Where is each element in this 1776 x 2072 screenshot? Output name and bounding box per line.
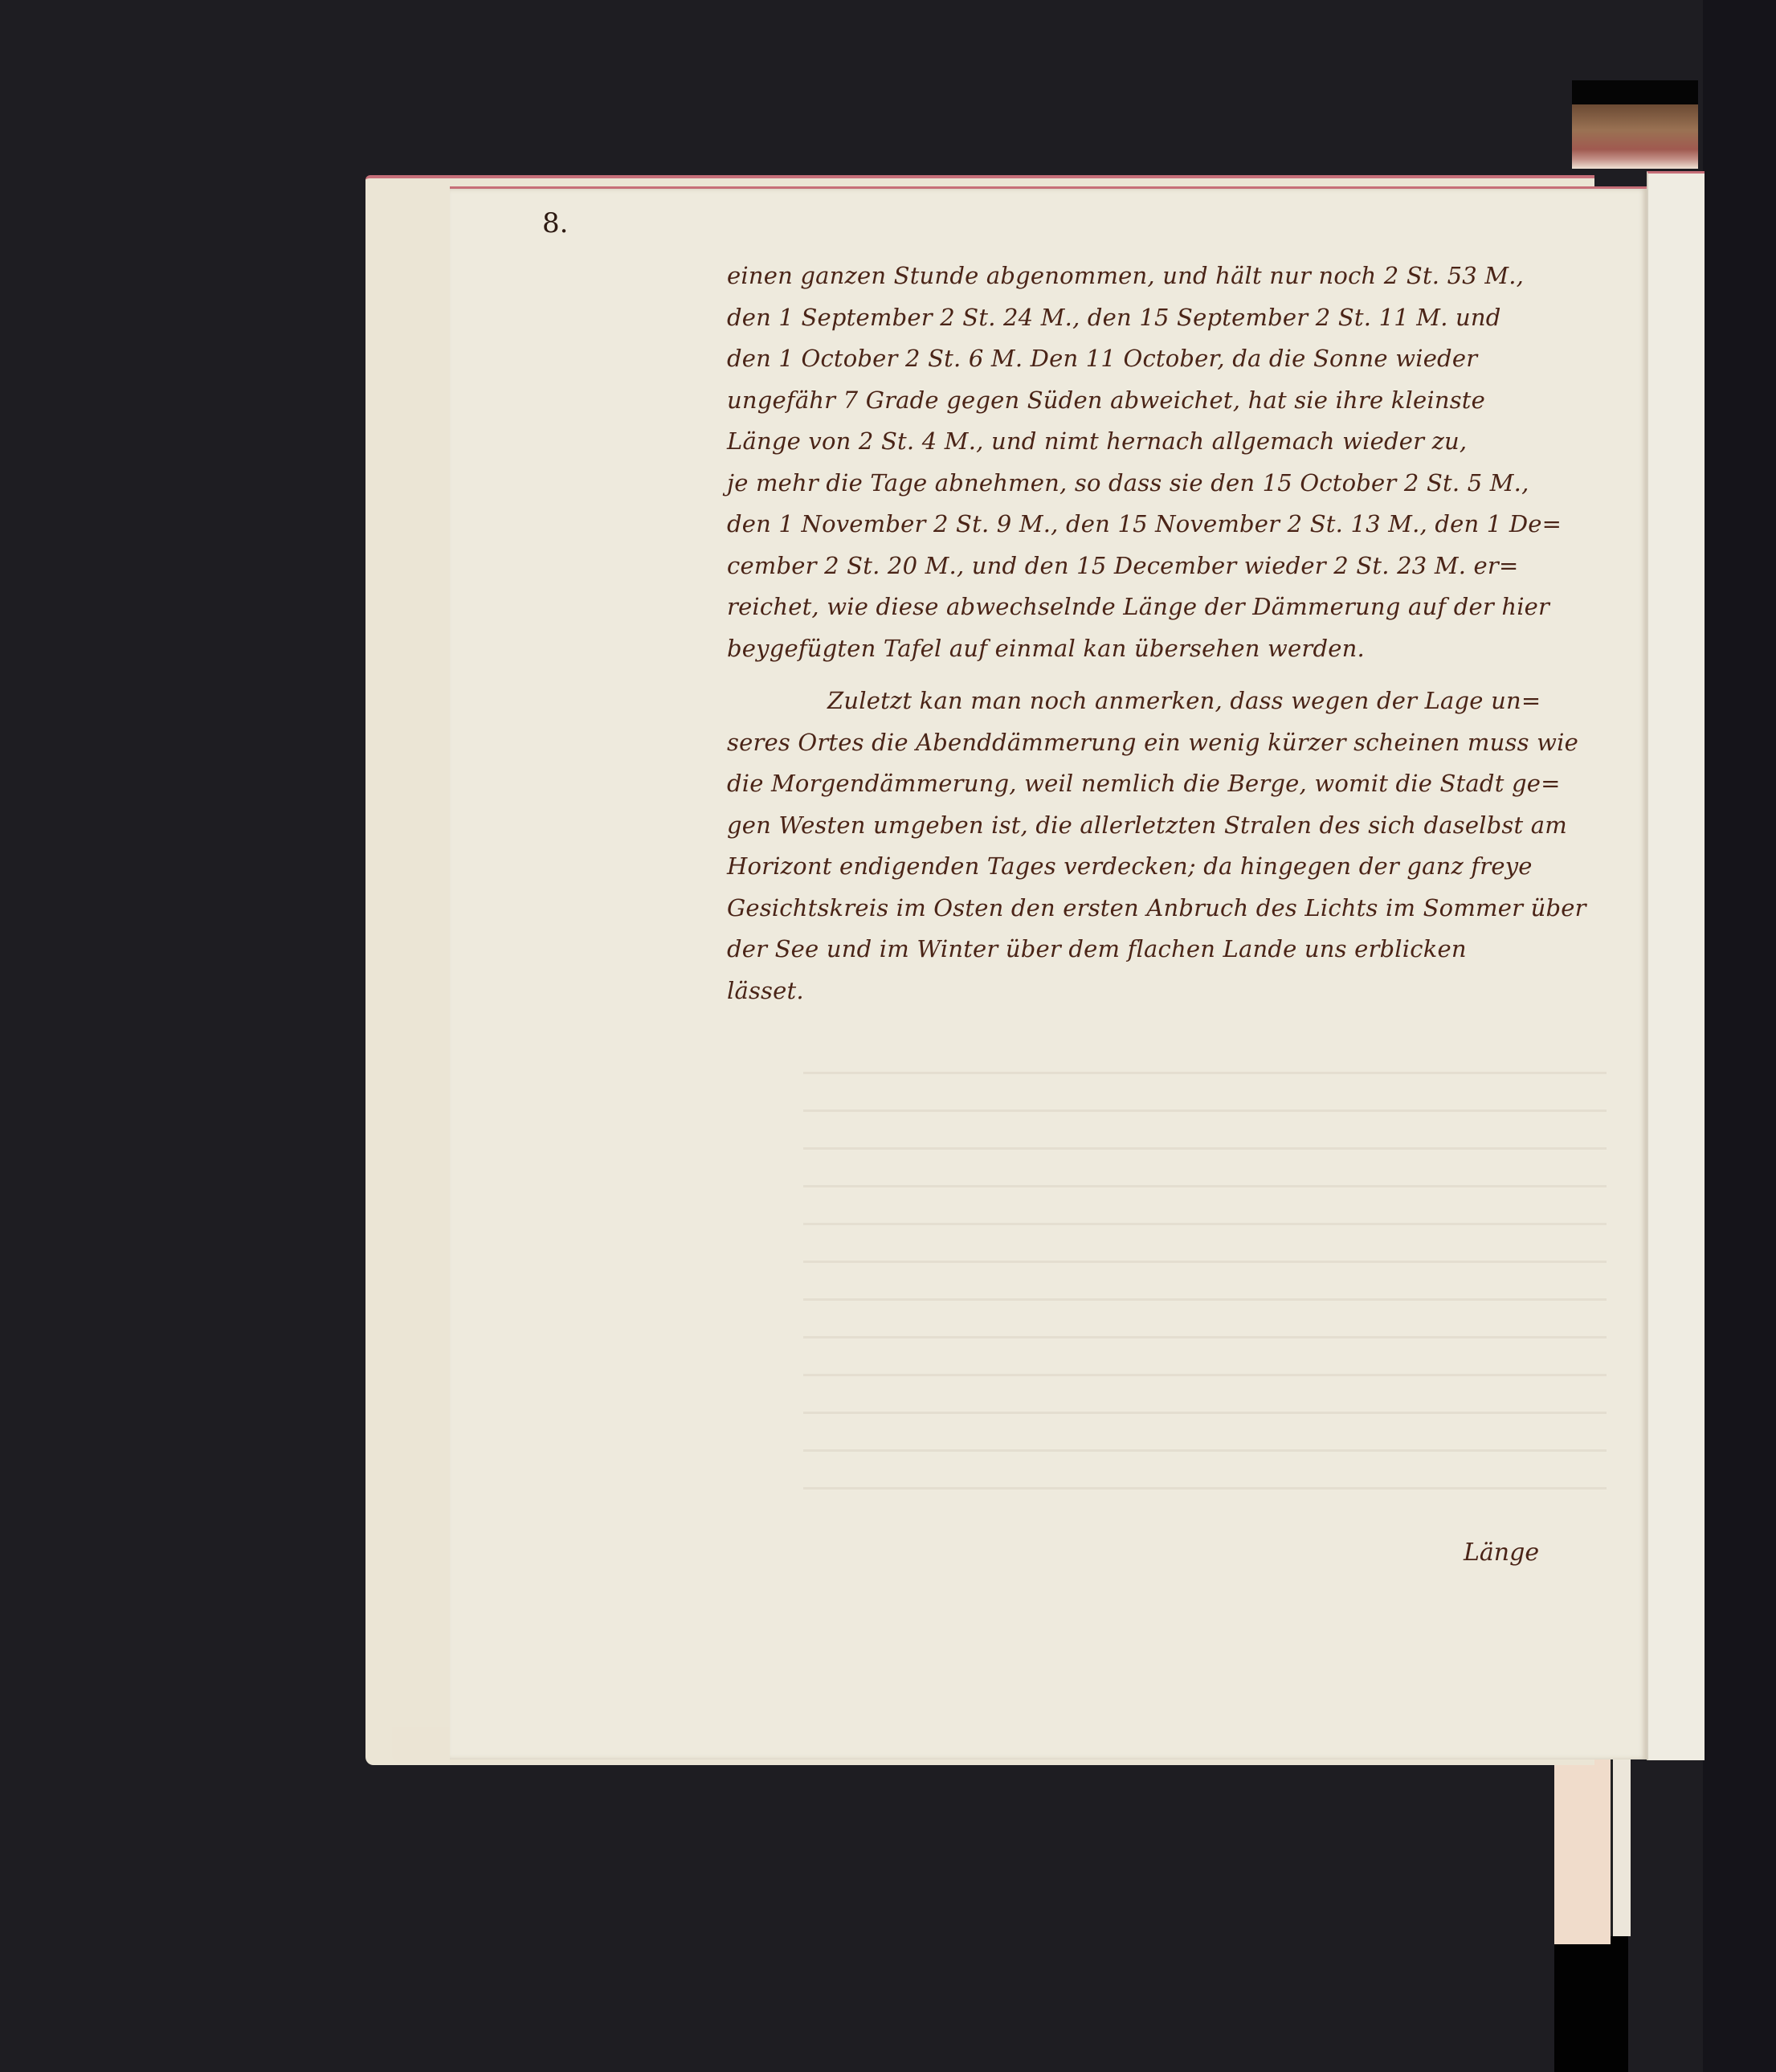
text-line: den 1 September 2 St. 24 M., den 15 Sept… xyxy=(727,297,1623,339)
text-line: gen Westen umgeben ist, die allerletzten… xyxy=(727,805,1623,847)
text-line: Gesichtskreis im Osten den ersten Anbruc… xyxy=(727,888,1623,930)
page-stub xyxy=(1554,1751,1611,1944)
ink-bleed-through xyxy=(803,1036,1607,1518)
text-line: der See und im Winter über dem flachen L… xyxy=(727,929,1623,971)
text-line: seres Ortes die Abenddämmerung ein wenig… xyxy=(727,722,1623,764)
book-spine-binding xyxy=(1572,104,1698,169)
text-line: beygefügten Tafel auf einmal kan überseh… xyxy=(727,628,1623,670)
text-line: cember 2 St. 20 M., und den 15 December … xyxy=(727,546,1623,587)
text-line: je mehr die Tage abnehmen, so dass sie d… xyxy=(727,463,1623,505)
paragraph-2: Zuletzt kan man noch anmerken, dass wege… xyxy=(727,680,1623,1011)
text-line: den 1 November 2 St. 9 M., den 15 Novemb… xyxy=(727,504,1623,546)
page-number: 8. xyxy=(542,207,568,239)
text-line: einen ganzen Stunde abgenommen, und hält… xyxy=(727,255,1623,297)
scan-background-strip xyxy=(1703,0,1776,2072)
text-line: den 1 October 2 St. 6 M. Den 11 October,… xyxy=(727,338,1623,380)
text-line: Zuletzt kan man noch anmerken, dass wege… xyxy=(727,680,1623,722)
facing-page-edge xyxy=(1647,171,1705,1760)
text-line: ungefähr 7 Grade gegen Süden abweichet, … xyxy=(727,380,1623,422)
paragraph-1: einen ganzen Stunde abgenommen, und hält… xyxy=(727,255,1623,669)
manuscript-text: einen ganzen Stunde abgenommen, und hält… xyxy=(727,255,1623,1011)
page-stub-edge xyxy=(1611,1751,1631,1936)
catchword: Länge xyxy=(1464,1539,1539,1567)
text-line: lässet. xyxy=(727,971,1623,1012)
text-line: reichet, wie diese abwechselnde Länge de… xyxy=(727,586,1623,628)
text-line: Horizont endigenden Tages verdecken; da … xyxy=(727,846,1623,888)
text-line: die Morgendämmerung, weil nemlich die Be… xyxy=(727,763,1623,805)
text-line: Länge von 2 St. 4 M., und nimt hernach a… xyxy=(727,421,1623,463)
